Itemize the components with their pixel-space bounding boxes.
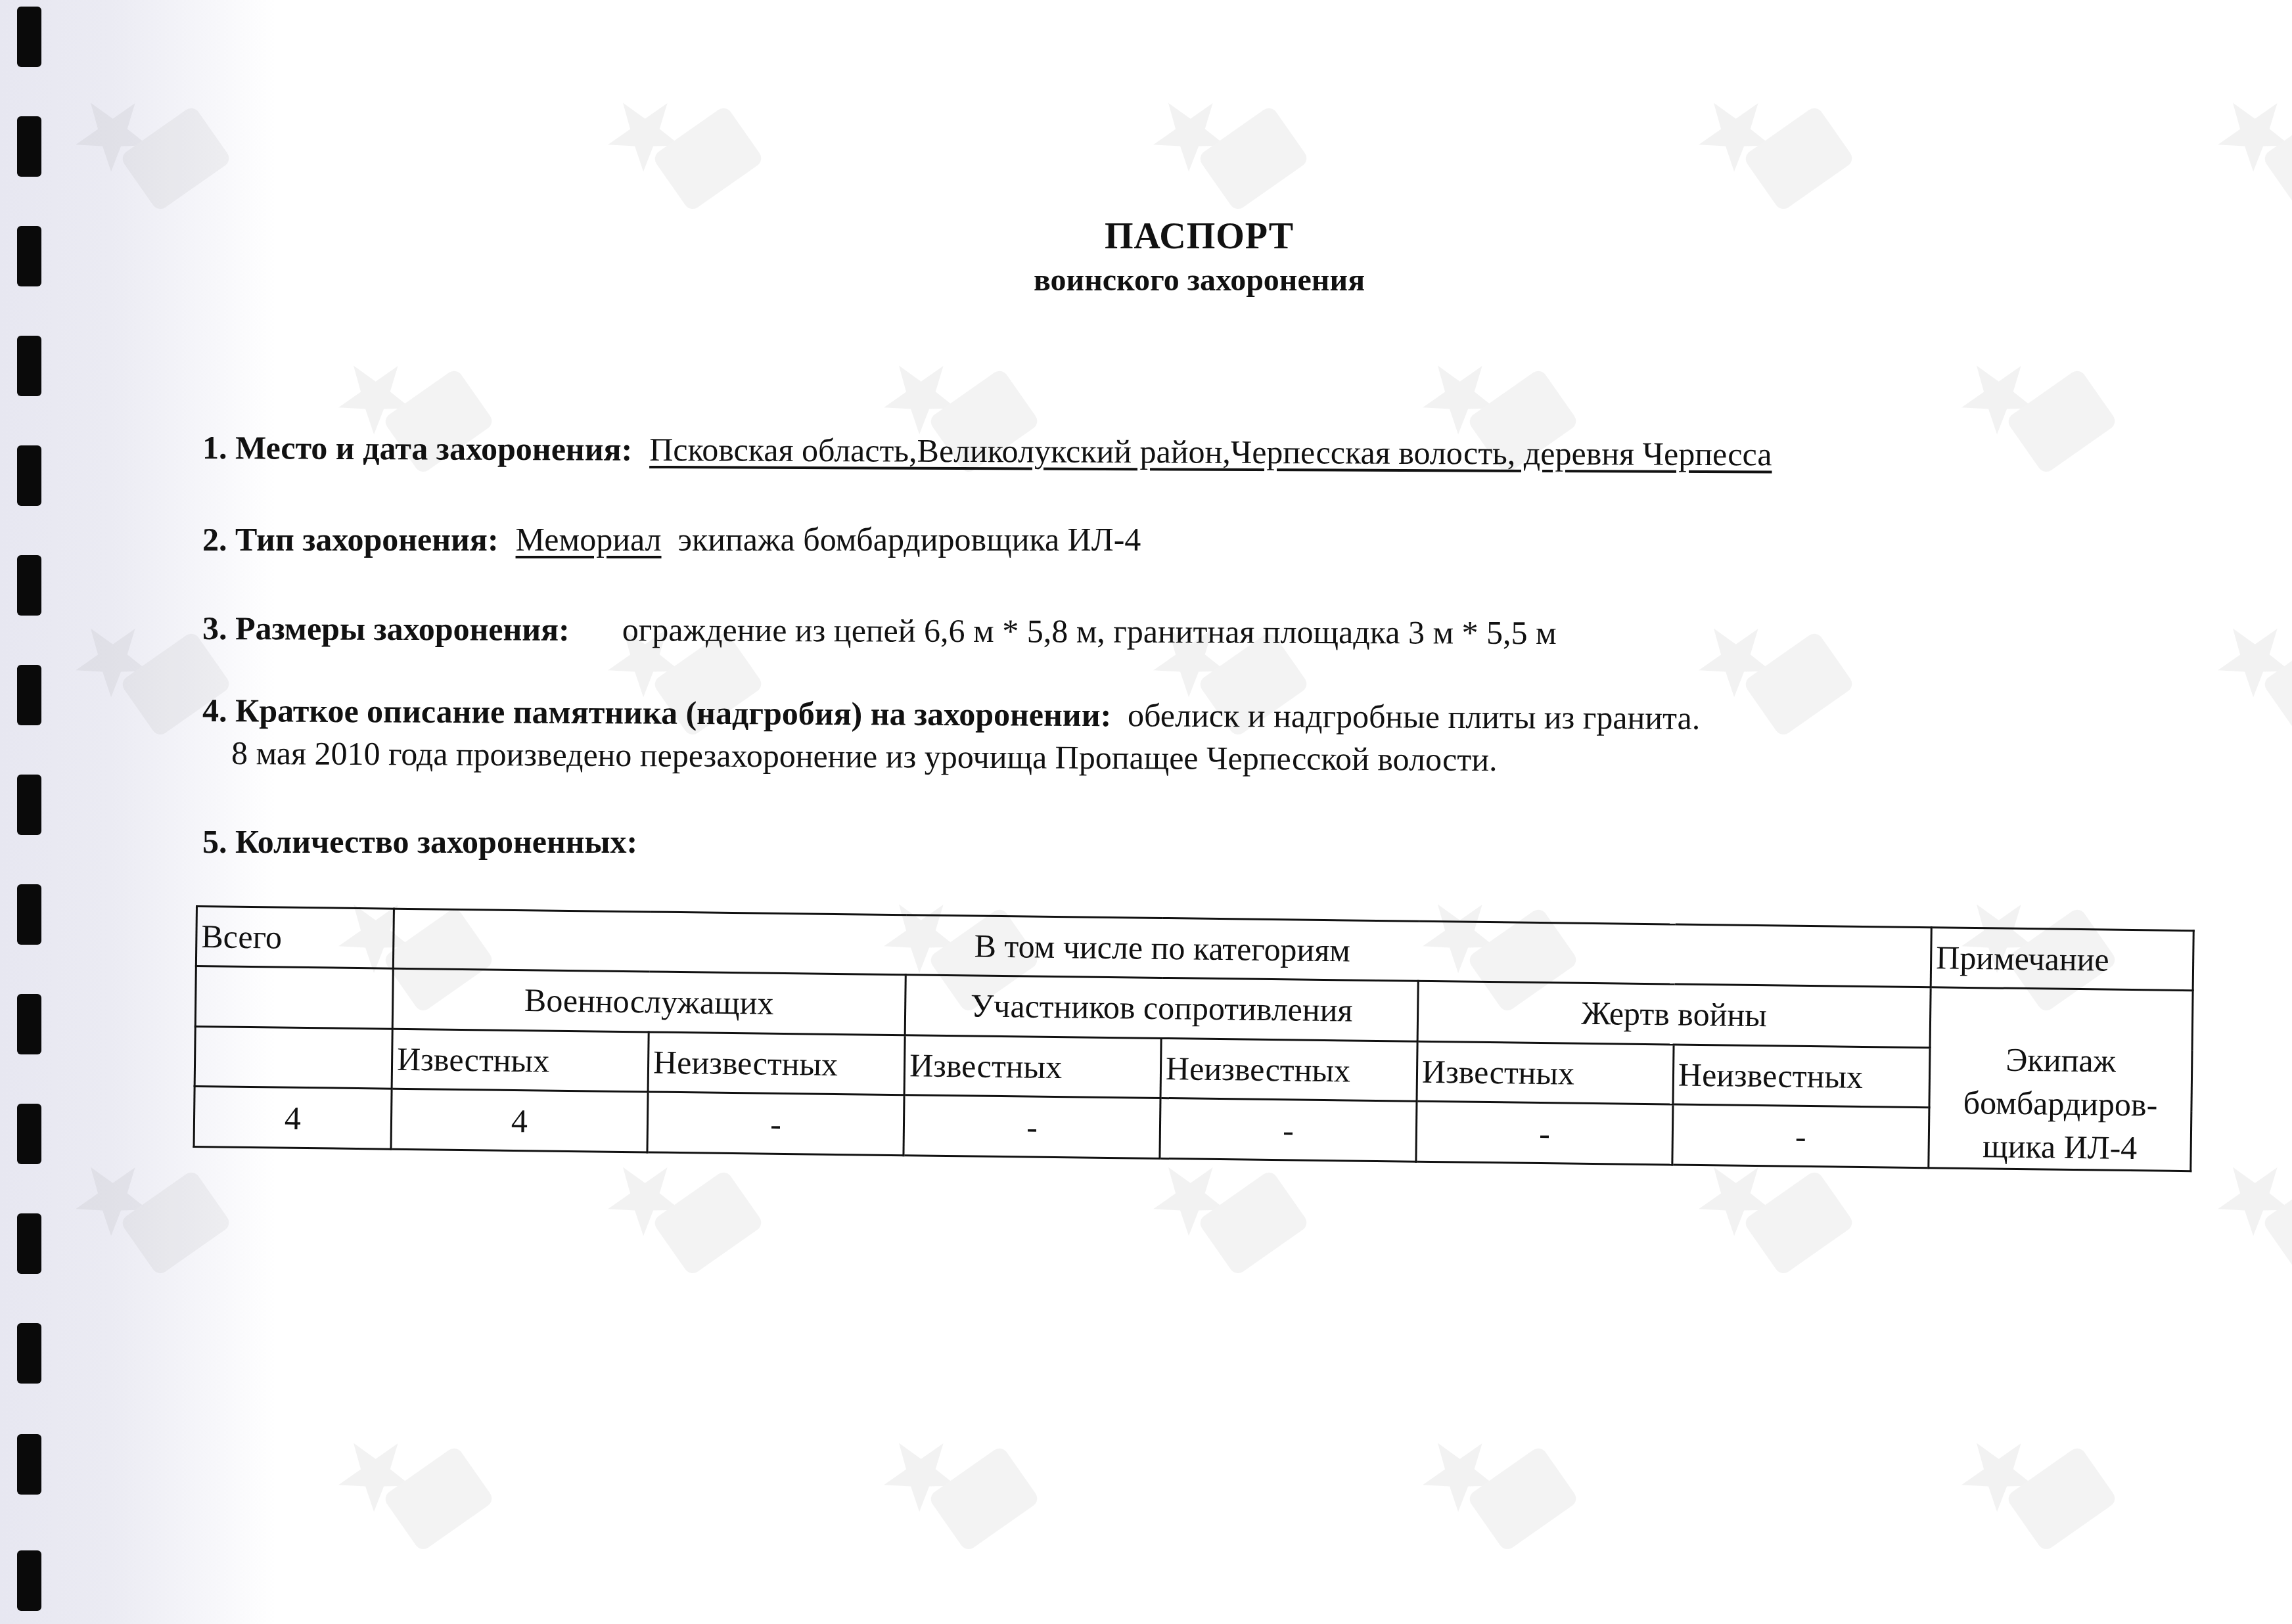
group-war-victims: Жертв войны [1417, 981, 1931, 1047]
binder-hole [17, 665, 41, 725]
field-burial-size: 3. Размеры захоронения:ограждение из цеп… [202, 608, 1557, 653]
field-monument-description-continuation: 8 мая 2010 года произведено перезахороне… [231, 733, 1498, 780]
field-label: 5. Количество захороненных: [202, 823, 637, 860]
header-note: Примечание [1931, 928, 2193, 991]
document-header: ПАСПОРТ воинского захоронения [0, 214, 2292, 302]
field-label: 1. Место и дата захоронения: [202, 429, 632, 468]
subheader-victims-known: Известных [1417, 1041, 1674, 1104]
field-value: 8 мая 2010 года произведено перезахороне… [231, 734, 1498, 778]
star-watermark-icon [2191, 1100, 2292, 1311]
cell-military-unknown: - [647, 1092, 904, 1155]
subheader-resistance-known: Известных [904, 1035, 1161, 1098]
binder-hole [17, 116, 41, 177]
field-value: ограждение из цепей 6,6 м * 5,8 м, грани… [622, 611, 1557, 651]
star-watermark-icon [1935, 299, 2145, 509]
field-burial-type: 2. Тип захоронения:Мемориал экипажа бомб… [202, 519, 1141, 560]
binder-hole [17, 336, 41, 396]
cell-total: 4 [194, 1087, 392, 1149]
binder-hole [17, 775, 41, 835]
star-watermark-icon [1935, 1376, 2145, 1587]
binder-hole [17, 884, 41, 945]
empty-cell [195, 1026, 392, 1089]
subheader-resistance-unknown: Неизвестных [1160, 1038, 1417, 1101]
group-military: Военнослужащих [392, 968, 905, 1035]
subheader-victims-unknown: Неизвестных [1673, 1045, 1930, 1108]
cell-resistance-known: - [904, 1095, 1160, 1158]
binder-hole [17, 1434, 41, 1495]
cell-military-known: 4 [391, 1089, 648, 1152]
field-value-underlined: Мемориал [516, 521, 662, 558]
subheader-military-unknown: Неизвестных [648, 1032, 905, 1095]
field-label: 2. Тип захоронения: [202, 521, 499, 558]
binder-hole [17, 1323, 41, 1384]
star-watermark-icon [1396, 299, 1607, 509]
star-watermark-icon [858, 1376, 1068, 1587]
cell-victims-known: - [1416, 1102, 1673, 1165]
field-value: Псковская область,Великолукский район,Че… [649, 431, 1772, 472]
binder-hole [17, 1213, 41, 1274]
field-label: 3. Размеры захоронения: [202, 610, 570, 648]
field-value: экипажа бомбардировщика ИЛ-4 [678, 521, 1141, 558]
document-subtitle: воинского захоронения [0, 259, 2292, 302]
binder-hole [17, 445, 41, 506]
binder-hole [17, 7, 41, 67]
document-title: ПАСПОРТ [0, 214, 2292, 259]
empty-cell [195, 966, 393, 1029]
field-buried-count: 5. Количество захороненных: [202, 821, 637, 862]
star-watermark-icon [312, 299, 522, 509]
star-watermark-icon [1396, 1376, 1607, 1587]
star-watermark-icon [2191, 562, 2292, 772]
binder-hole [17, 555, 41, 616]
note-value: Экипаж бомбардиров-щика ИЛ-4 [1929, 987, 2193, 1171]
binder-hole [17, 1104, 41, 1164]
buried-count-table: Всего В том числе по категориям Примечан… [193, 905, 2194, 1172]
cell-victims-unknown: - [1672, 1104, 1929, 1167]
binder-hole [17, 994, 41, 1054]
group-resistance: Участников сопротивления [905, 975, 1418, 1041]
star-watermark-icon [312, 1376, 522, 1587]
field-burial-place: 1. Место и дата захоронения:Псковская об… [202, 427, 1772, 474]
field-label: 4. Краткое описание памятника (надгробия… [202, 692, 1111, 733]
cell-resistance-unknown: - [1160, 1098, 1417, 1162]
field-monument-description: 4. Краткое описание памятника (надгробия… [202, 690, 1701, 738]
subheader-military-known: Известных [392, 1029, 649, 1092]
star-watermark-icon [1672, 562, 1883, 772]
header-total: Всего [196, 907, 394, 969]
star-watermark-icon [858, 299, 1068, 509]
field-value: обелиск и надгробные плиты из гранита. [1128, 696, 1700, 736]
buried-count-table-wrapper: Всего В том числе по категориям Примечан… [193, 905, 2194, 1172]
note-text: Экипаж бомбардиров-щика ИЛ-4 [1963, 1041, 2157, 1166]
binder-hole [17, 1550, 41, 1611]
